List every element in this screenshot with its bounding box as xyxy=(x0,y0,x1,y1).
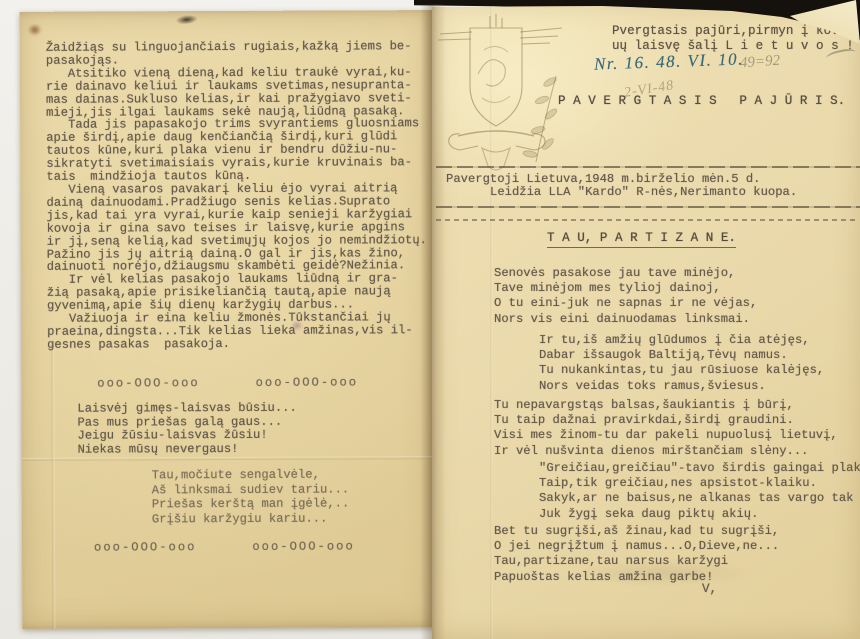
vertical-crease xyxy=(51,342,55,629)
text-line: Papuoštas kelias amžina garbe! xyxy=(494,570,779,585)
poem-stanza-1: Laisvėj gimęs-laisvas būsiu...Pas mus pr… xyxy=(77,402,297,457)
text-line: Ir tu,iš amžių glūdumos į čia atėjęs, xyxy=(539,333,824,348)
text-line: Nors veidas toks ramus,šviesus. xyxy=(539,379,824,394)
text-line: Tu nukankintas,tu jau rūsiuose kalėjęs, xyxy=(539,363,824,378)
text-line: Priešas kerštą man įgėlė,.. xyxy=(152,497,350,512)
poem-stanza-3: Tu nepavargstąs balsas,šaukiantis į būrį… xyxy=(494,398,838,459)
text-line: Visi mes žinom-tu dar pakeli nupuolusį l… xyxy=(494,428,838,443)
author-signature: V, xyxy=(702,582,717,596)
text-line: Niekas mūsų nevergaus! xyxy=(78,442,297,457)
poem-stanza-5: Bet tu sugrįši,aš žinau,kad tu sugrįši,O… xyxy=(494,524,779,585)
page-seam-shadow xyxy=(420,4,446,639)
text-line: Tave minėjom mes tylioj dainoj, xyxy=(494,281,757,296)
text-line: Sakyk,ar ne baisus,ne alkanas tas vargo … xyxy=(539,491,860,506)
text-line: Grįšiu karžygiu kariu... xyxy=(152,511,350,526)
ink-smudge xyxy=(175,14,198,25)
text-line: Dabar išsaugok Baltiją,Tėvų namus. xyxy=(539,348,824,363)
handwritten-issue-number: Nr. 16. 48. VI. 10. xyxy=(594,49,744,74)
text-line: Aš linksmai sudiev tariu... xyxy=(152,482,350,497)
text-line: Juk žygį seka daug piktų akių. xyxy=(539,507,860,522)
poem-stanza-1: Senovės pasakose jau tave minėjo,Tave mi… xyxy=(494,266,757,327)
pencil-note: 49=92 xyxy=(739,53,780,73)
text-line: Bet tu sugrįši,aš žinau,kad tu sugrįši, xyxy=(494,524,779,539)
text-line: Senovės pasakose jau tave minėjo, xyxy=(494,266,757,281)
text-line: O tu eini-juk ne sapnas ir ne vėjas, xyxy=(494,296,757,311)
poem-stanza-2: Tau,močiute sengalvėle,Aš linksmai sudie… xyxy=(152,467,350,526)
lithuania-coat-of-arms-drawing xyxy=(438,14,564,178)
text-line: Nors vis eini dainuodamas linksmai. xyxy=(494,312,757,327)
text-line: Taip,tik greičiau,nes apsistot-klaiku. xyxy=(539,476,860,491)
text-line: "Greičiau,greičiau"-tavo širdis gaingai … xyxy=(539,461,860,476)
left-page: Žaidžiąs su linguojančiais rugiais,kažką… xyxy=(20,10,436,629)
text-line: O jei negrįžtum į namus...O,Dieve,ne... xyxy=(494,539,779,554)
text-line: Tau,partizane,tau narsus karžygi xyxy=(494,554,779,569)
masthead-motto: Pvergtasis pajūri,pirmyn į kovąuų laisvę… xyxy=(612,24,854,53)
article-title: T A U, P A R T I Z A N E. xyxy=(547,231,736,248)
brown-stain xyxy=(28,24,42,36)
story-text-column: Žaidžiąs su linguojančiais rugiais,kažką… xyxy=(46,40,433,351)
text-line: praeina,dingsta...Tik kelias lieka amžin… xyxy=(47,324,433,339)
text-line: gesnes pasakas pasakoja. xyxy=(47,337,433,352)
text-line: Tau,močiute sengalvėle, xyxy=(152,467,350,482)
imprint-line-2: Leidžia LLA "Kardo" R-nės,Nerimanto kuop… xyxy=(490,185,797,199)
newspaper-masthead-title: P A V E R G T A S I S P A J Ū R I S. xyxy=(558,94,845,108)
section-divider-bottom: ooo-OOO-ooo ooo-OOO-ooo xyxy=(94,539,355,554)
scanned-document: { "colors": { "paper_left": "#e5d3a0", "… xyxy=(0,0,860,639)
text-line: Tu taip dažnai pravirkdai,širdį graudini… xyxy=(494,413,838,428)
text-line: Tu nepavargstąs balsas,šaukiantis į būrį… xyxy=(494,398,838,413)
imprint-line-1: Pavergtoji Lietuva,1948 m.birželio mėn.5… xyxy=(446,172,761,186)
horizontal-rule-bottom xyxy=(436,206,860,208)
section-divider-top: ooo-OOO-ooo ooo-OOO-ooo xyxy=(97,375,358,390)
horizontal-rule-top xyxy=(436,166,860,168)
text-line: Ir vėl nušvinta dienos mirštančiam slėny… xyxy=(494,444,838,459)
dashed-rule xyxy=(436,219,856,221)
text-line: Žaidžiąs su linguojančiais rugiais,kažką… xyxy=(46,40,432,55)
poem-stanza-2: Ir tu,iš amžių glūdumos į čia atėjęs,Dab… xyxy=(539,333,824,394)
poem-stanza-4: "Greičiau,greičiau"-tavo širdis gaingai … xyxy=(539,461,860,522)
right-page: Pvergtasis pajūri,pirmyn į kovąuų laisvę… xyxy=(432,0,860,639)
